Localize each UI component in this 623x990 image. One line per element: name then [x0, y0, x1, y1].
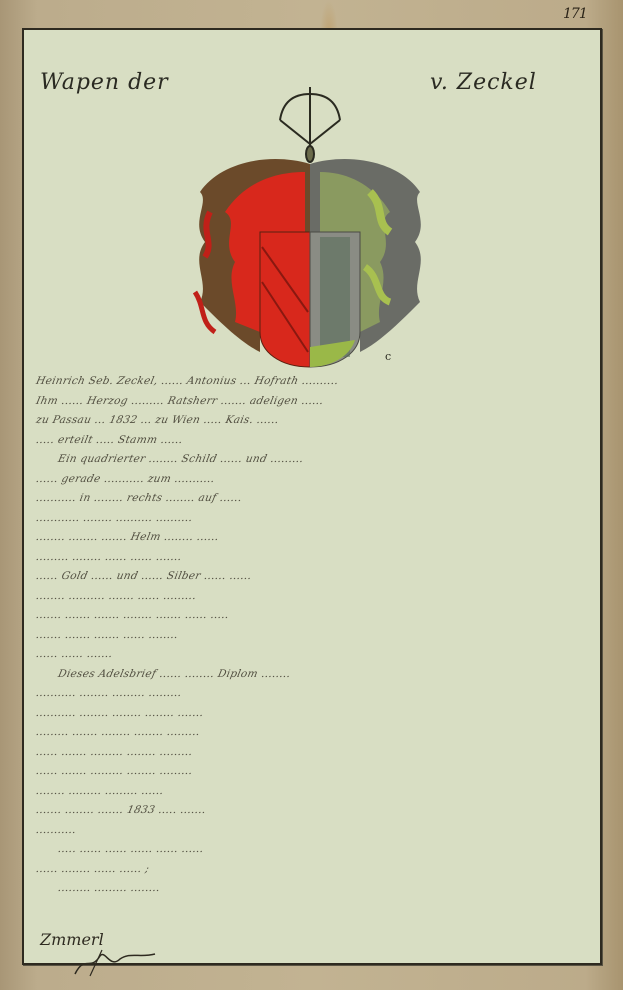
- coat-of-arms: c: [180, 82, 440, 372]
- text-line: ........... in ........ rechts ........ …: [34, 489, 594, 509]
- page-number: 171: [563, 6, 587, 22]
- text-line: Ihm ...... Herzog ......... Ratsherr ...…: [34, 392, 594, 412]
- text-line: ....... ....... ....... ........ .......…: [34, 606, 594, 626]
- text-line: ....... ....... ....... ...... ........: [34, 626, 594, 646]
- text-line: ........ ......... ......... ......: [34, 782, 594, 802]
- text-line: Heinrich Seb. Zeckel, ...... Antonius ..…: [34, 372, 594, 392]
- signature-flourish: [70, 944, 160, 978]
- handwritten-text-block: Heinrich Seb. Zeckel, ...... Antonius ..…: [36, 372, 592, 899]
- text-line: Dieses Adelsbrief ...... ........ Diplom…: [34, 665, 594, 685]
- crossbow-icon: [280, 87, 340, 162]
- text-line: ..... erteilt ..... Stamm ......: [34, 431, 372, 451]
- text-line: ...... Gold ...... und ...... Silber ...…: [34, 567, 594, 587]
- text-line: ........... ........ ........ ........ .…: [34, 704, 594, 724]
- text-line: ...... gerade ........... zum ..........…: [34, 470, 594, 490]
- text-line: ........ ........ ....... Helm ........ …: [34, 528, 594, 548]
- text-line: ...... ....... ......... ........ ......…: [34, 743, 594, 763]
- shield: [260, 232, 360, 367]
- text-line: ........ .......... ....... ...... .....…: [34, 587, 594, 607]
- text-line: ...........: [34, 821, 372, 841]
- heading-left: Wapen der: [40, 70, 169, 95]
- text-line: ............ ........ .......... .......…: [34, 509, 594, 529]
- text-line: ....... ........ ....... 1833 ..... ....…: [34, 801, 594, 821]
- text-line: ...... ....... ......... ........ ......…: [34, 762, 594, 782]
- text-line: ......... ......... ........: [34, 879, 594, 899]
- text-line: ......... ........ ...... ...... .......: [34, 548, 594, 568]
- text-line: ........... ........ ......... .........: [34, 684, 594, 704]
- text-line: ..... ...... ...... ...... ...... ......: [34, 840, 594, 860]
- text-line: zu Passau ... 1832 ... zu Wien ..... Kai…: [34, 411, 594, 431]
- heading-right: v. Zeckel: [430, 70, 537, 95]
- text-line: Ein quadrierter ........ Schild ...... u…: [34, 450, 594, 470]
- text-line: ...... ........ ...... ...... ;: [34, 860, 594, 880]
- text-line: ......... ....... ........ ........ ....…: [34, 723, 594, 743]
- text-line: ...... ...... .......: [34, 645, 372, 665]
- crest-mark: c: [385, 350, 391, 363]
